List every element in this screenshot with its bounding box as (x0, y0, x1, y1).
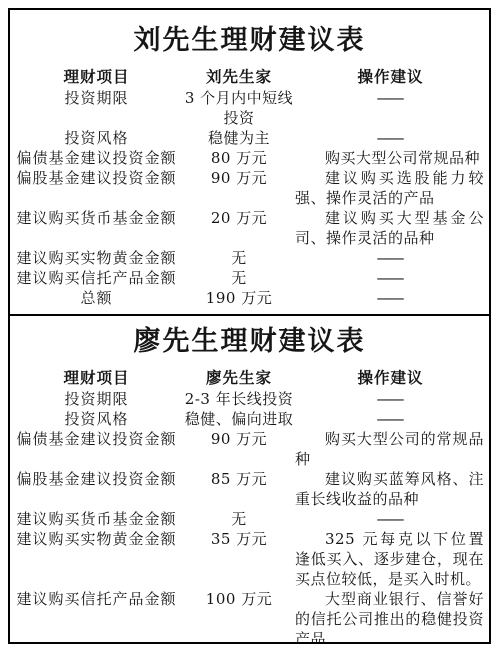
cell-value: 无 (183, 509, 295, 529)
column-header-item: 理财项目 (10, 369, 183, 389)
cell-value: 20 万元 (183, 208, 295, 248)
cell-advice: —— (295, 409, 486, 429)
table-row: 建议购买实物黄金金额无—— (10, 248, 489, 268)
cell-advice: 购买大型公司的常规品种 (295, 429, 486, 469)
cell-advice: 购买大型公司常规品种 (295, 148, 486, 168)
cell-advice: —— (295, 509, 486, 529)
cell-advice: —— (295, 268, 486, 288)
cell-item: 偏股基金建议投资金额 (10, 469, 183, 509)
table-row: 投资期限3 个月内中短线投资—— (10, 88, 489, 128)
cell-advice: —— (295, 389, 486, 409)
cell-advice: 大型商业银行、信誉好的信托公司推出的稳健投资产品 (295, 589, 486, 642)
cell-advice: —— (295, 88, 486, 128)
table-header-row: 理财项目 刘先生家 操作建议 (10, 68, 489, 88)
column-header-advice: 操作建议 (295, 369, 486, 389)
cell-item: 偏股基金建议投资金额 (10, 168, 183, 208)
cell-advice: —— (295, 128, 486, 148)
cell-item: 建议购买信托产品金额 (10, 589, 183, 642)
cell-item: 建议购买信托产品金额 (10, 268, 183, 288)
cell-item: 建议购买实物黄金金额 (10, 248, 183, 268)
cell-item: 建议购买货币基金金额 (10, 509, 183, 529)
table-body: 投资期限3 个月内中短线投资——投资风格稳健为主——偏债基金建议投资金额80 万… (10, 88, 489, 308)
cell-item: 偏债基金建议投资金额 (10, 148, 183, 168)
cell-value: 2-3 年长线投资 (183, 389, 295, 409)
table-row: 投资期限2-3 年长线投资—— (10, 389, 489, 409)
cell-item: 建议购买实物黄金金额 (10, 529, 183, 589)
cell-advice: 建议购买大型基金公司、操作灵活的品种 (295, 208, 486, 248)
cell-value: 90 万元 (183, 168, 295, 208)
cell-item: 投资期限 (10, 389, 183, 409)
table-row: 偏债基金建议投资金额80 万元购买大型公司常规品种 (10, 148, 489, 168)
column-header-advice: 操作建议 (295, 68, 486, 88)
cell-item: 偏债基金建议投资金额 (10, 429, 183, 469)
table-header-row: 理财项目 廖先生家 操作建议 (10, 369, 489, 389)
cell-advice: —— (295, 288, 486, 308)
cell-item: 建议购买货币基金金额 (10, 208, 183, 248)
table-row: 建议购买实物黄金金额35 万元325 元每克以下位置逢低买入、逐步建仓，现在买点… (10, 529, 489, 589)
cell-value: 无 (183, 268, 295, 288)
column-header-family: 廖先生家 (183, 369, 295, 389)
table-title-liao: 廖先生理财建议表 (10, 326, 489, 356)
column-header-family: 刘先生家 (183, 68, 295, 88)
cell-advice: —— (295, 248, 486, 268)
cell-value: 无 (183, 248, 295, 268)
cell-advice: 建议购买选股能力较强、操作灵活的产品 (295, 168, 486, 208)
table-body: 投资期限2-3 年长线投资——投资风格稳健、偏向进取——偏债基金建议投资金额90… (10, 389, 489, 642)
column-header-item: 理财项目 (10, 68, 183, 88)
newspaper-clipping: 刘先生理财建议表 理财项目 刘先生家 操作建议 投资期限3 个月内中短线投资——… (0, 0, 500, 662)
table-row: 建议购买信托产品金额100 万元大型商业银行、信誉好的信托公司推出的稳健投资产品 (10, 589, 489, 642)
liao-advice-table-section: 廖先生理财建议表 理财项目 廖先生家 操作建议 投资期限2-3 年长线投资——投… (10, 316, 489, 642)
cell-value: 100 万元 (183, 589, 295, 642)
cell-item: 投资风格 (10, 409, 183, 429)
table-row: 投资风格稳健为主—— (10, 128, 489, 148)
table-row: 偏股基金建议投资金额85 万元建议购买蓝筹风格、注重长线收益的品种 (10, 469, 489, 509)
table-title-liu: 刘先生理财建议表 (10, 25, 489, 55)
liu-advice-table-section: 刘先生理财建议表 理财项目 刘先生家 操作建议 投资期限3 个月内中短线投资——… (10, 10, 489, 316)
cell-value: 3 个月内中短线投资 (183, 88, 295, 128)
table-row: 建议购买信托产品金额无—— (10, 268, 489, 288)
cell-value: 稳健为主 (183, 128, 295, 148)
cell-value: 80 万元 (183, 148, 295, 168)
cell-advice: 325 元每克以下位置逢低买入、逐步建仓，现在买点位较低，是买入时机。 (295, 529, 486, 589)
cell-value: 35 万元 (183, 529, 295, 589)
cell-value: 190 万元 (183, 288, 295, 308)
cell-item: 总额 (10, 288, 183, 308)
table-row: 总额190 万元—— (10, 288, 489, 308)
cell-value: 稳健、偏向进取 (183, 409, 295, 429)
cell-advice: 建议购买蓝筹风格、注重长线收益的品种 (295, 469, 486, 509)
table-row: 投资风格稳健、偏向进取—— (10, 409, 489, 429)
cell-item: 投资风格 (10, 128, 183, 148)
table-row: 建议购买货币基金金额无—— (10, 509, 489, 529)
cell-value: 85 万元 (183, 469, 295, 509)
advice-sheet-frame: 刘先生理财建议表 理财项目 刘先生家 操作建议 投资期限3 个月内中短线投资——… (8, 8, 491, 644)
table-row: 建议购买货币基金金额20 万元建议购买大型基金公司、操作灵活的品种 (10, 208, 489, 248)
table-row: 偏债基金建议投资金额90 万元购买大型公司的常规品种 (10, 429, 489, 469)
cell-value: 90 万元 (183, 429, 295, 469)
table-row: 偏股基金建议投资金额90 万元建议购买选股能力较强、操作灵活的产品 (10, 168, 489, 208)
cell-item: 投资期限 (10, 88, 183, 128)
